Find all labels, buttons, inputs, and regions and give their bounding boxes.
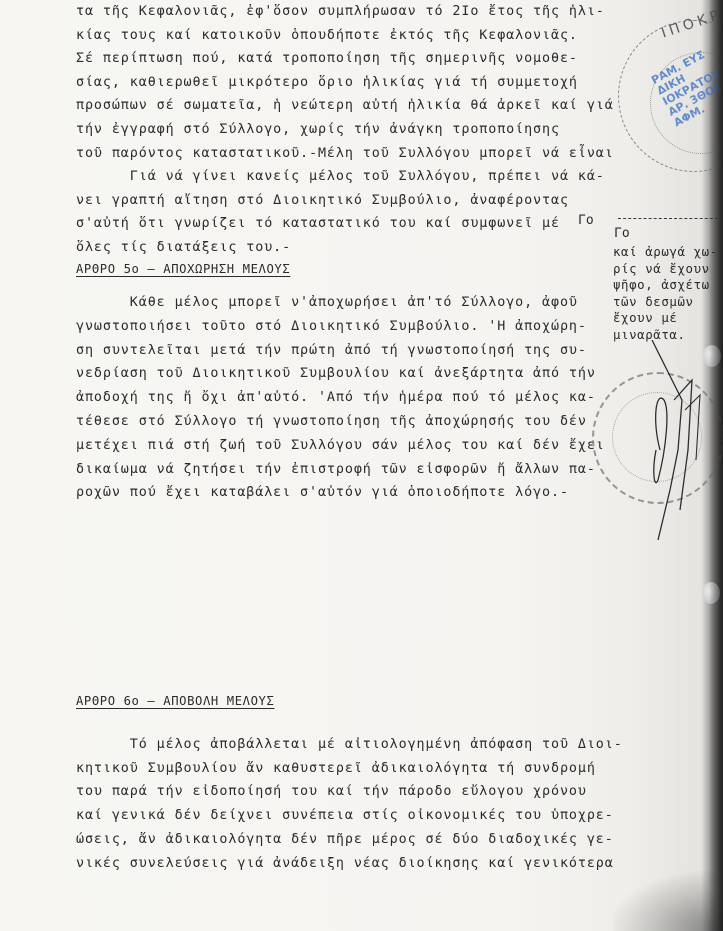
text-line: Γιά νά γίνει κανείς μέλος τοῦ Συλλόγου, …	[76, 169, 605, 184]
text-line: προσώπων σέ σωματεῖα, ἡ νεώτερη αὐτή ἡλι…	[76, 98, 614, 113]
text-line: σ'αὐτή ὅτι γνωρίζει τό καταστατικό του κ…	[76, 216, 560, 231]
text-line: τήν ἐγγραφή στό Σύλλογο, χωρίς τήν ἀνάγκ…	[76, 122, 560, 137]
text-line: τα τῆς Κεφαλονιᾶς, ἐφ'ὅσον συμπλήρωσαν τ…	[76, 4, 605, 19]
text-line: καί γενικά δέν δείχνει συνέπεια στίς οἰκ…	[76, 808, 614, 823]
text-line: τέθεσε στό Σύλλογο τή γνωστοποίηση τῆς ἀ…	[76, 414, 587, 429]
text-line: δικαίωμα νά ζητήσει τήν ἐπιστροφή τῶν εἰ…	[76, 462, 596, 477]
page-edge-shadow	[709, 0, 723, 931]
text-line: Σέ περίπτωση πού, κατά τροποποίηση τῆς σ…	[76, 51, 578, 66]
text-line: γνωστοποιήσει τοῦτο στό Διοικητικό Συμβο…	[76, 319, 587, 334]
text-line: τοῦ παρόντος καταστατικοῦ.-Μέλη τοῦ Συλλ…	[76, 146, 614, 161]
scanned-page: τα τῆς Κεφαλονιᾶς, ἐφ'ὅσον συμπλήρωσαν τ…	[0, 0, 723, 931]
text-line: ροχῶν πού ἔχει καταβάλει σ'αὐτόν γιά ὁπο…	[76, 485, 569, 500]
article-6-heading: ΑΡΘΡΟ 6ο – ΑΠΟΒΟΛΗ ΜΕΛΟΥΣ	[76, 694, 274, 708]
article-5-heading: ΑΡΘΡΟ 5ο – ΑΠΟΧΩΡΗΣΗ ΜΕΛΟΥΣ	[76, 262, 290, 276]
text-line: σίας, καθιερωθεῖ μικρότερο ὅριο ἡλικίας …	[76, 75, 578, 90]
handwritten-signature	[630, 340, 720, 540]
page-corner-shadow	[613, 871, 723, 931]
text-line: νει γραπτή αἴτηση στό Διοικητικό Συμβούλ…	[76, 193, 569, 208]
text-line: κίας τους καί κατοικοῦν ὁπουδήποτε ἐκτός…	[76, 28, 578, 43]
text-line: νικές συνελεύσεις γιά ἀνάδειξη νέας διοί…	[76, 856, 614, 871]
text-line: ἀποδοχή της ἤ ὄχι ἀπ'αὐτό. 'Από τήν ἡμέρ…	[76, 390, 596, 405]
text-line: ὅλες τίς διατάξεις του.-	[76, 240, 291, 255]
text-line: μετέχει πιά στή ζωή τοῦ Συλλόγου σάν μέλ…	[76, 438, 605, 453]
margin-divider	[618, 218, 723, 219]
insert-mark-note: Γο	[614, 226, 630, 241]
text-line: ώσεις, ἄν ἀδικαιολόγητα δέν πῆρε μέρος σ…	[76, 832, 614, 847]
text-line: Τό μέλος ἀποβάλλεται μέ αἰτιολογημένη ἀπ…	[76, 737, 623, 752]
text-line: νεδρίαση τοῦ Διοικητικοῦ Συμβουλίου καί …	[76, 366, 596, 381]
text-line: κητικοῦ Συμβουλίου ἄν καθυστερεῖ ἀδικαιο…	[76, 761, 596, 776]
margin-note: καί ἀρωγά χω- ρίς νά ἔχουν ψῆφο, ἀσχέτω …	[613, 244, 723, 343]
text-line: ση συντελεῖται μετά τήν πρώτη ἀπό τή γνω…	[76, 343, 587, 358]
insert-mark-inline: Γο	[578, 213, 594, 228]
text-line: του παρά τήν εἰδοποίησή του καί τήν πάρο…	[76, 784, 587, 799]
text-line: Κάθε μέλος μπορεῖ ν'ἀποχωρήσει ἀπ'τό Σύλ…	[76, 295, 578, 310]
